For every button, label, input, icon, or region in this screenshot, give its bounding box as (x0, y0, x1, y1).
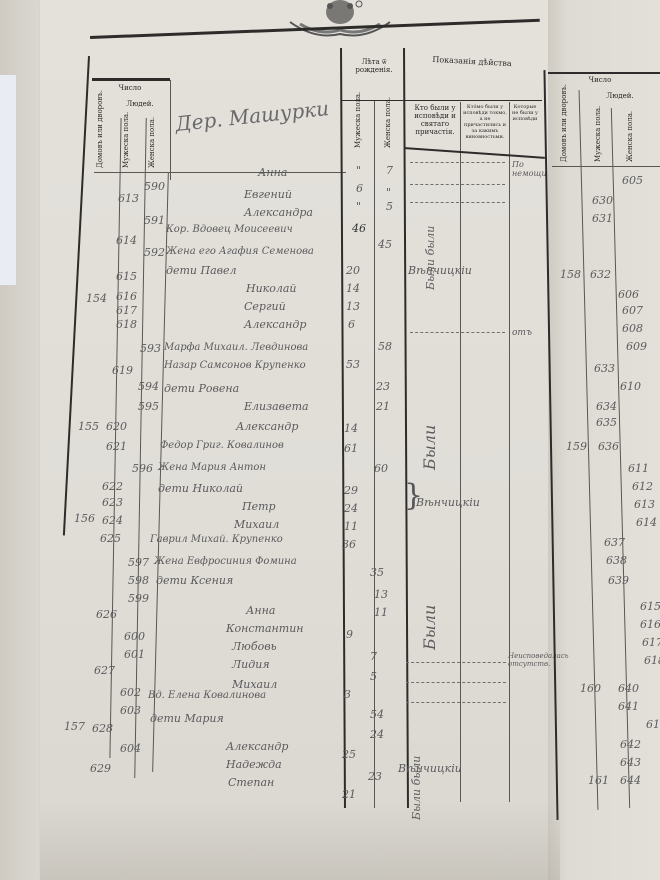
row-age-m: 6 (348, 318, 355, 331)
page-curl-shadow (40, 800, 560, 880)
row-male-no: 628 (92, 722, 113, 735)
header-age: Лѣта ѿ рожденія. (344, 58, 404, 74)
header-bottom-line (94, 172, 346, 173)
crest-icon (285, 0, 395, 40)
row-female-no: 598 (128, 574, 149, 587)
row-female-no: 592 (144, 246, 165, 259)
right-male: 640 (618, 682, 639, 695)
testimony-col-2 (509, 102, 510, 802)
row-male-no: 626 (96, 608, 117, 621)
row-age-m: 14 (346, 282, 360, 295)
header-female: Женска пола. (148, 117, 156, 168)
dash-line (410, 202, 505, 204)
note-vozhit-2: Вѣнчицкіи (416, 496, 480, 509)
dash-line (406, 682, 506, 684)
row-male-no: 619 (112, 364, 133, 377)
right-male: 630 (592, 194, 613, 207)
right-female: 615 (640, 600, 660, 613)
row-name: дети Павел (166, 264, 237, 277)
vertical-were-3: Были (420, 605, 439, 650)
header-chislo: Число (110, 84, 150, 92)
row-age-m: " (356, 200, 361, 213)
row-name: Петр (242, 500, 276, 513)
right-male: 641 (618, 700, 639, 713)
right-male: 635 (596, 416, 617, 429)
right-female: 617 (642, 636, 660, 649)
row-age-m: 29 (344, 484, 358, 497)
row-name: дети Николай (158, 482, 243, 495)
row-age-m: 6 (356, 182, 363, 195)
row-age-f: 5 (386, 200, 393, 213)
right-female: 610 (620, 380, 641, 393)
row-name: Александра (244, 206, 313, 219)
right-male: 632 (590, 268, 611, 281)
header-confessed: Кто были у исповѣди и святаго причастія. (410, 104, 460, 136)
row-age-f: 7 (370, 650, 377, 663)
row-house: 154 (86, 292, 107, 305)
row-name: Надежда (226, 758, 282, 771)
dash-line (410, 332, 505, 334)
row-age-f: 13 (374, 588, 388, 601)
row-name: дети Мария (150, 712, 224, 725)
row-age-f: 23 (368, 770, 382, 783)
note-right-2: отъ (512, 328, 532, 338)
header-only-confessed: Кто́мо были у исповѣди токмо, а не прича… (462, 104, 508, 140)
eagle-crest-emblem (285, 0, 395, 40)
row-name: дети Ксения (156, 574, 233, 587)
right-female: 611 (628, 462, 649, 475)
note-vozhit-1: Вѣнчицкіи (408, 264, 472, 277)
note-vozhit-3: Вѣнчицкіи (398, 762, 462, 775)
row-age-f: 35 (370, 566, 384, 579)
row-male-no: 613 (118, 192, 139, 205)
row-name: Жена Евфросиния Фомина (154, 556, 297, 567)
row-female-no: 601 (124, 648, 145, 661)
right-female: 607 (622, 304, 643, 317)
row-age-m: " (356, 164, 361, 177)
row-age-m: 61 (344, 442, 358, 455)
right-header-households: Домовъ или дворовъ. (560, 84, 568, 162)
row-age-m: 46 (352, 222, 366, 235)
right-house: 161 (588, 774, 609, 787)
right-male: 639 (608, 574, 629, 587)
right-female: 605 (622, 174, 643, 187)
row-age-m: 36 (342, 538, 356, 551)
right-male: 638 (606, 554, 627, 567)
note-right-3: Неисповедалась отсутств. (508, 652, 542, 668)
row-female-no: 594 (138, 380, 159, 393)
row-male-no: 621 (106, 440, 127, 453)
row-age-m: 53 (346, 358, 360, 371)
right-house: 158 (560, 268, 581, 281)
row-age-f: 45 (378, 238, 392, 251)
row-name: Любовь (232, 640, 277, 653)
row-age-m: 14 (344, 422, 358, 435)
right-header-persons: Людей. (600, 92, 640, 100)
header-age-female: Женска пола. (384, 97, 392, 148)
row-name: Жена его Агафия Семенова (166, 246, 314, 257)
right-female: 606 (618, 288, 639, 301)
row-age-f: 60 (374, 462, 388, 475)
row-name: Константин (226, 622, 304, 635)
vertical-were-1: Были были (424, 226, 437, 290)
row-male-no: 620 (106, 420, 127, 433)
row-name: Лидия (232, 658, 270, 671)
header-not-confessed: Которые не были у исповѣди (511, 104, 539, 122)
right-female: 614 (636, 516, 657, 529)
row-age-f: 54 (370, 708, 384, 721)
row-age-m: 11 (344, 520, 358, 533)
row-name: Федор Григ. Ковалинов (160, 440, 284, 451)
header-persons: Людей. (120, 100, 160, 108)
row-age-f: 11 (374, 606, 388, 619)
row-name: Назар Самсонов Крупенко (164, 360, 306, 371)
right-house: 159 (566, 440, 587, 453)
row-age-f: " (386, 186, 391, 199)
row-male-no: 618 (116, 318, 137, 331)
row-age-m: 13 (346, 300, 360, 313)
right-female: 613 (634, 498, 655, 511)
dash-line (406, 702, 506, 704)
row-male-no: 617 (116, 304, 137, 317)
row-name: Сергий (244, 300, 286, 313)
right-male: 637 (604, 536, 625, 549)
row-female-no: 593 (140, 342, 161, 355)
row-age-m: 25 (342, 748, 356, 761)
header-age-male: Мужеска пола. (354, 92, 362, 148)
row-name: Вд. Елена Ковалинова (148, 690, 266, 701)
col-divider-3 (170, 80, 171, 180)
right-header-bottom (552, 166, 660, 167)
right-male: 644 (620, 774, 641, 787)
row-age-m: 20 (346, 264, 360, 277)
right-male: 642 (620, 738, 641, 751)
row-male-no: 614 (116, 234, 137, 247)
row-male-no: 616 (116, 290, 137, 303)
chislo-top-line (92, 78, 170, 81)
row-female-no: 599 (128, 592, 149, 605)
row-name: Александр (244, 318, 306, 331)
row-age-f: 24 (370, 728, 384, 741)
row-female-no: 604 (120, 742, 141, 755)
row-female-no: 600 (124, 630, 145, 643)
row-female-no: 591 (144, 214, 165, 227)
row-name: Елизавета (244, 400, 309, 413)
row-name: дети Ровена (164, 382, 239, 395)
left-edge-strip (0, 75, 16, 285)
row-house: 157 (64, 720, 85, 733)
row-age-f: 21 (376, 400, 390, 413)
header-households: Домовъ или дворовъ. (96, 108, 104, 168)
right-male: 636 (598, 440, 619, 453)
row-female-no: 602 (120, 686, 141, 699)
row-age-m: 24 (344, 502, 358, 515)
right-frame-top (548, 72, 660, 74)
right-female: 609 (626, 340, 647, 353)
right-male: 643 (620, 756, 641, 769)
age-header-bottom (342, 100, 542, 101)
row-name: Михаил (234, 518, 279, 531)
row-age-f: 7 (386, 164, 393, 177)
right-house: 160 (580, 682, 601, 695)
row-female-no: 596 (132, 462, 153, 475)
right-header-chislo: Число (580, 76, 620, 84)
row-female-no: 597 (128, 556, 149, 569)
row-name: Жена Мария Антон (158, 462, 266, 473)
row-age-f: 58 (378, 340, 392, 353)
age-col-mid (374, 100, 375, 808)
row-age-f: 23 (376, 380, 390, 393)
row-male-no: 622 (102, 480, 123, 493)
row-age-f: 5 (370, 670, 377, 683)
row-male-no: 624 (102, 514, 123, 527)
right-header-female: Женска пола. (626, 111, 634, 162)
right-male: 631 (592, 212, 613, 225)
row-female-no: 595 (138, 400, 159, 413)
row-male-no: 629 (90, 762, 111, 775)
note-right-1: По немощи (512, 160, 542, 178)
row-name: Александр (226, 740, 288, 753)
right-female: 618 (644, 654, 660, 667)
row-male-no: 625 (100, 532, 121, 545)
row-male-no: 623 (102, 496, 123, 509)
dash-line (410, 162, 505, 164)
row-name: Гаврил Михай. Крупенко (150, 534, 283, 545)
row-name: Анна (246, 604, 275, 617)
row-name: Николай (246, 282, 297, 295)
row-name: Марфа Михаил. Левдинова (164, 342, 308, 353)
row-male-no: 627 (94, 664, 115, 677)
right-header-male: Мужеска пола. (594, 106, 602, 162)
testimony-col-1 (460, 102, 461, 802)
row-age-m: 9 (346, 628, 353, 641)
right-female: 608 (622, 322, 643, 335)
row-name: Анна (258, 166, 287, 179)
right-female: 616 (640, 618, 660, 631)
vertical-were-2: Были (420, 425, 439, 470)
right-female: 612 (632, 480, 653, 493)
row-female-no: 603 (120, 704, 141, 717)
row-house: 156 (74, 512, 95, 525)
row-age-m: 3 (344, 688, 351, 701)
row-male-no: 615 (116, 270, 137, 283)
header-male: Мужеска пола. (122, 112, 130, 168)
row-female-no: 590 (144, 180, 165, 193)
right-male: 633 (594, 362, 615, 375)
row-name: Александр (236, 420, 298, 433)
row-name: Кор. Вдовец Моисеевич (166, 224, 293, 235)
row-house: 155 (78, 420, 99, 433)
row-name: Евгений (244, 188, 292, 201)
right-male: 634 (596, 400, 617, 413)
row-name: Степан (228, 776, 274, 789)
right-female: 619 (646, 718, 660, 731)
dash-line (410, 184, 505, 186)
dash-line (406, 662, 506, 664)
